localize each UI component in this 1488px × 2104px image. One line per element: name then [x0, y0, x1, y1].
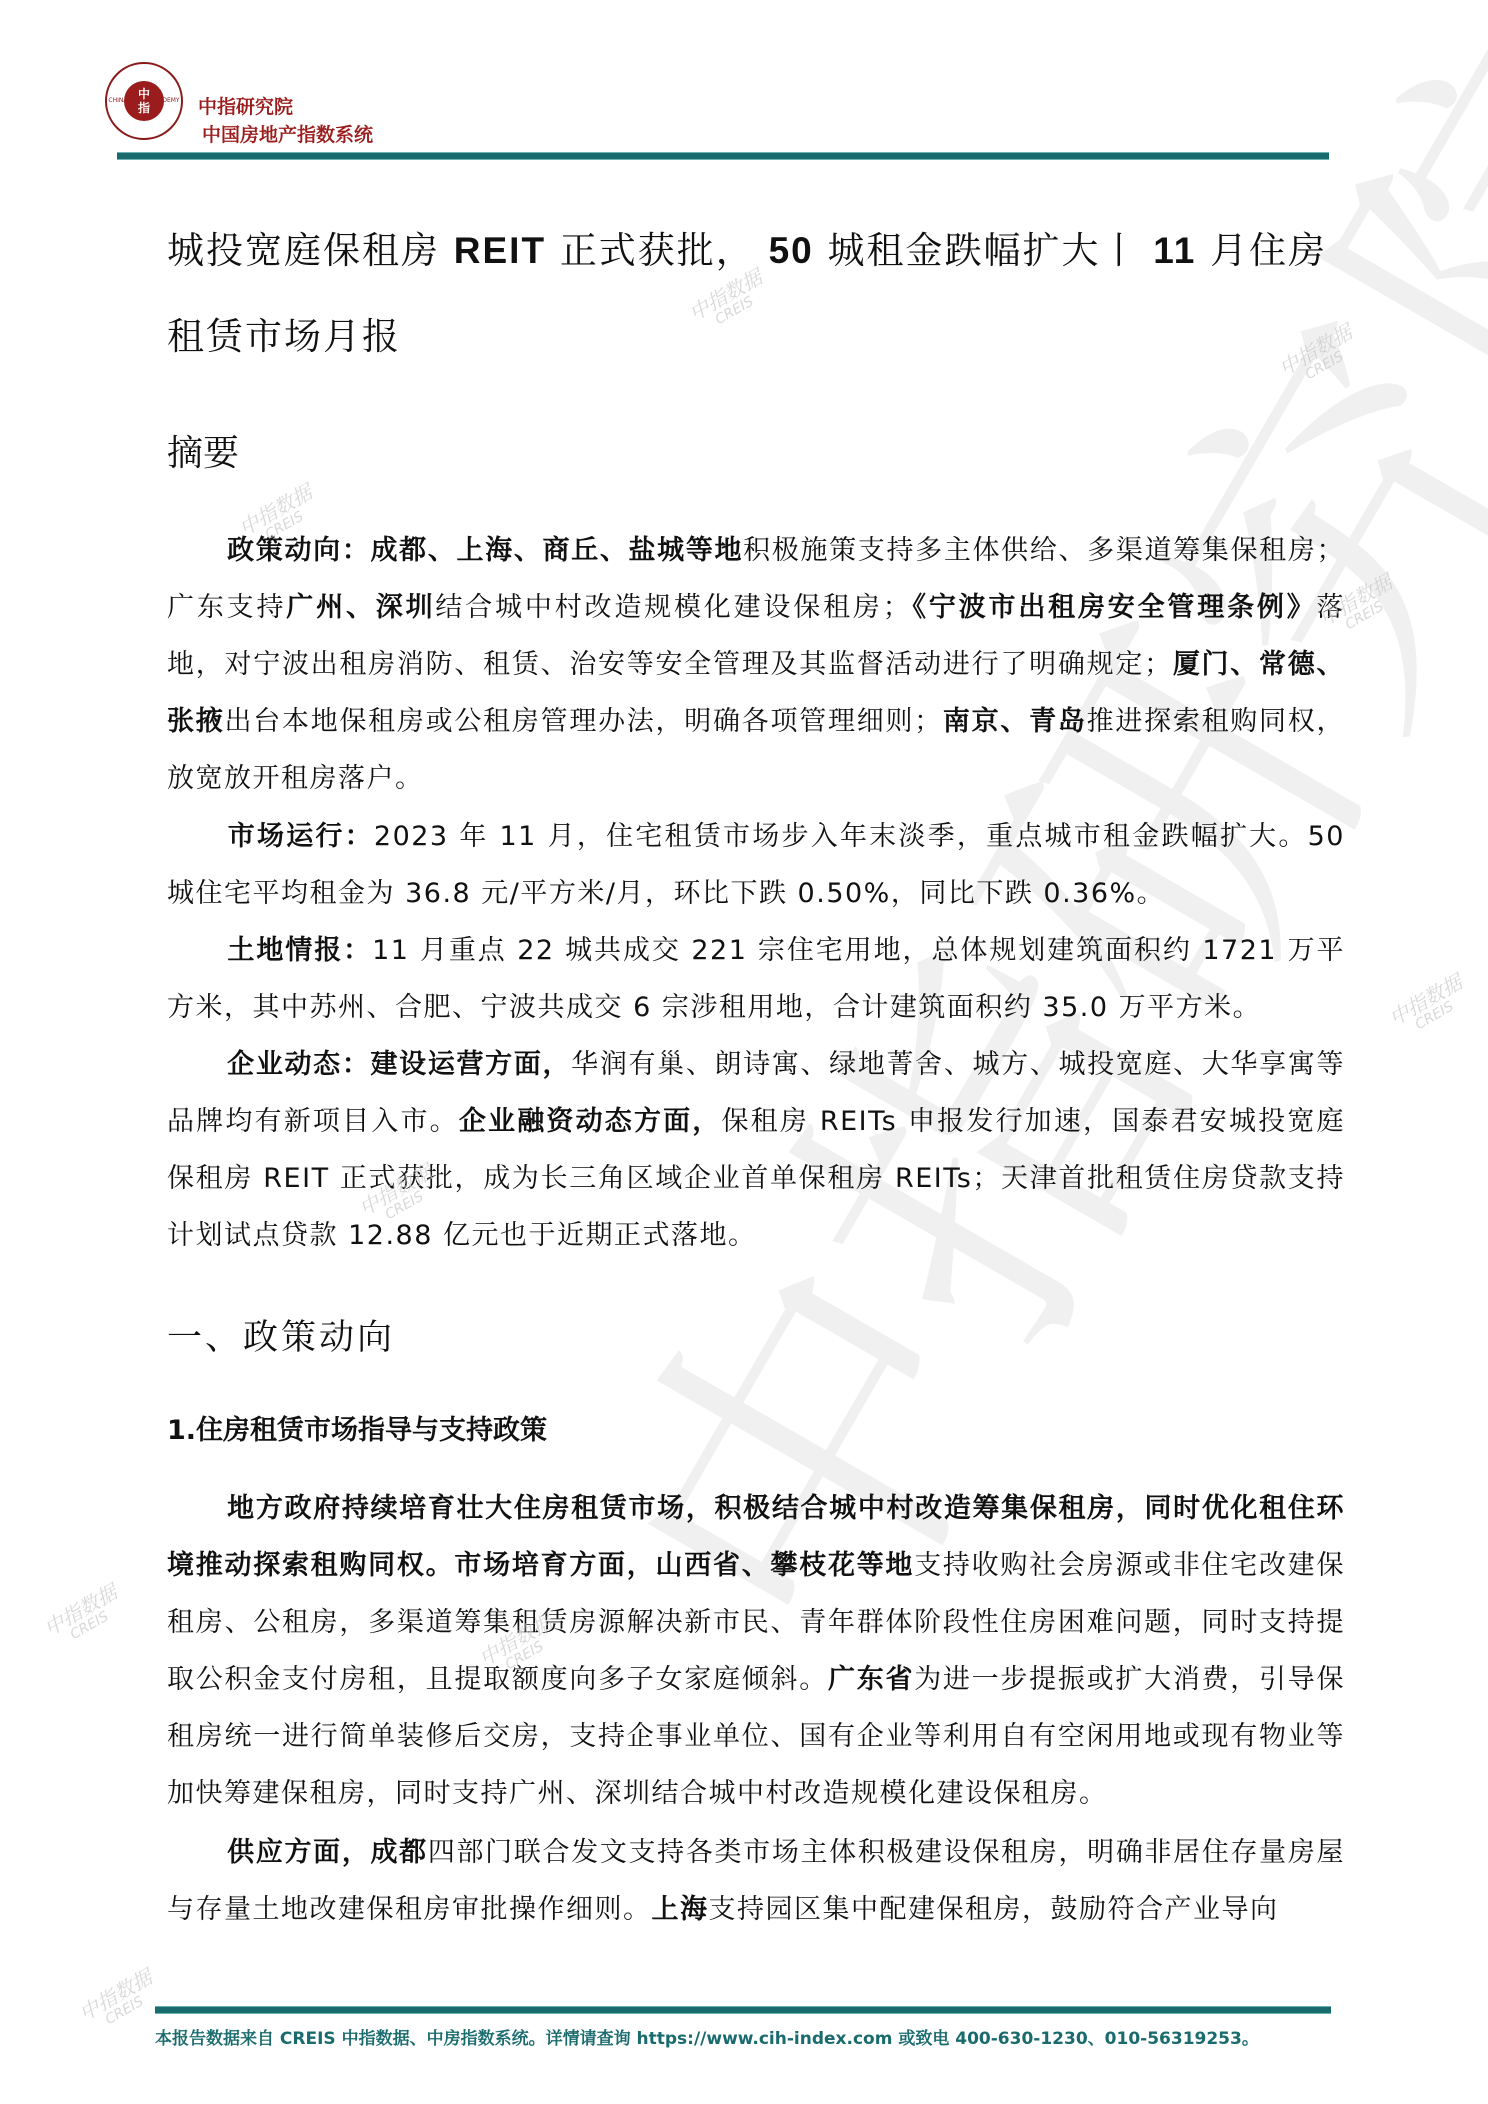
creis-watermark: 中指数据CREIS — [76, 1967, 163, 2038]
title-text: 正式获批， — [560, 229, 755, 272]
title-text: 城租金跌幅扩大丨 — [828, 229, 1140, 272]
summary-land-paragraph: 土地情报：11 月重点 22 城共成交 221 宗住宅用地，总体规划建筑面积约 … — [167, 922, 1345, 1036]
footer-divider — [155, 2006, 1331, 2014]
bold-text: 《宁波市出租房安全管理条例》 — [911, 592, 1316, 623]
section1-paragraph-2: 供应方面，成都四部门联合发文支持各类市场主体积极建设保租房，明确非居住存量房屋与… — [167, 1824, 1345, 1938]
title-text: 城投宽庭保租房 — [167, 229, 440, 272]
body-text: 出台本地保租房或公租房管理办法，明确各项管理细则； — [224, 706, 942, 737]
paragraph-label: 市场运行： — [227, 821, 374, 852]
summary-enterprise-paragraph: 企业动态：建设运营方面，华润有巢、朗诗寓、绿地菁舍、城方、城投宽庭、大华享寓等品… — [167, 1036, 1345, 1264]
logo-char-bottom: 指 — [138, 101, 150, 115]
china-index-academy-logo: CHINA INDEX ACADEMY 中 指 — [105, 62, 183, 140]
summary-heading: 摘要 — [167, 425, 239, 476]
bold-text: 南京、青岛 — [943, 706, 1087, 737]
creis-watermark: 中指数据CREIS — [41, 1582, 128, 1653]
subsection-heading: 1.住房租赁市场指导与支持政策 — [167, 1408, 547, 1447]
title-text: 50 — [769, 230, 814, 271]
body-text: 结合城中村改造规模化建设保租房； — [435, 592, 911, 623]
logo-emblem: 中 指 — [124, 81, 164, 121]
body-text: 支持园区集中配建保租房，鼓励符合产业导向 — [709, 1894, 1279, 1925]
header-divider — [117, 152, 1329, 160]
bold-text: 企业融资动态方面， — [459, 1106, 722, 1137]
bold-text: 广州、深圳 — [286, 592, 435, 623]
footer-source-note: 本报告数据来自 CREIS 中指数据、中房指数系统。详情请查询 https://… — [155, 2024, 1259, 2049]
page-header: CHINA INDEX ACADEMY 中 指 中指研究院 中国房地产指数系统 — [105, 62, 1335, 162]
bold-text: 广东省 — [828, 1664, 914, 1695]
brand-subtitle: 中国房地产指数系统 — [202, 120, 373, 147]
bold-text: 供应方面，成都 — [227, 1837, 428, 1868]
bold-text: 建设运营方面， — [371, 1049, 572, 1080]
paragraph-label: 土地情报： — [227, 935, 372, 966]
bold-text: 上海 — [652, 1894, 709, 1925]
logo-char-top: 中 — [138, 87, 150, 101]
paragraph-label: 企业动态： — [227, 1049, 371, 1080]
summary-market-paragraph: 市场运行：2023 年 11 月，住宅租赁市场步入年末淡季，重点城市租金跌幅扩大… — [167, 808, 1345, 922]
bold-text: 成都、上海、商丘、盐城等地 — [371, 535, 744, 566]
section1-paragraph-1: 地方政府持续培育壮大住房租赁市场，积极结合城中村改造筹集保租房，同时优化租住环境… — [167, 1480, 1345, 1822]
title-text: 11 — [1153, 230, 1196, 271]
brand-name: 中指研究院 — [198, 92, 293, 119]
summary-policy-paragraph: 政策动向：成都、上海、商丘、盐城等地积极施策支持多主体供给、多渠道筹集保租房；广… — [167, 522, 1345, 807]
creis-watermark: 中指数据CREIS — [1386, 972, 1473, 1043]
section-heading-policy: 一、政策动向 — [167, 1310, 395, 1360]
title-text: REIT — [454, 230, 546, 271]
